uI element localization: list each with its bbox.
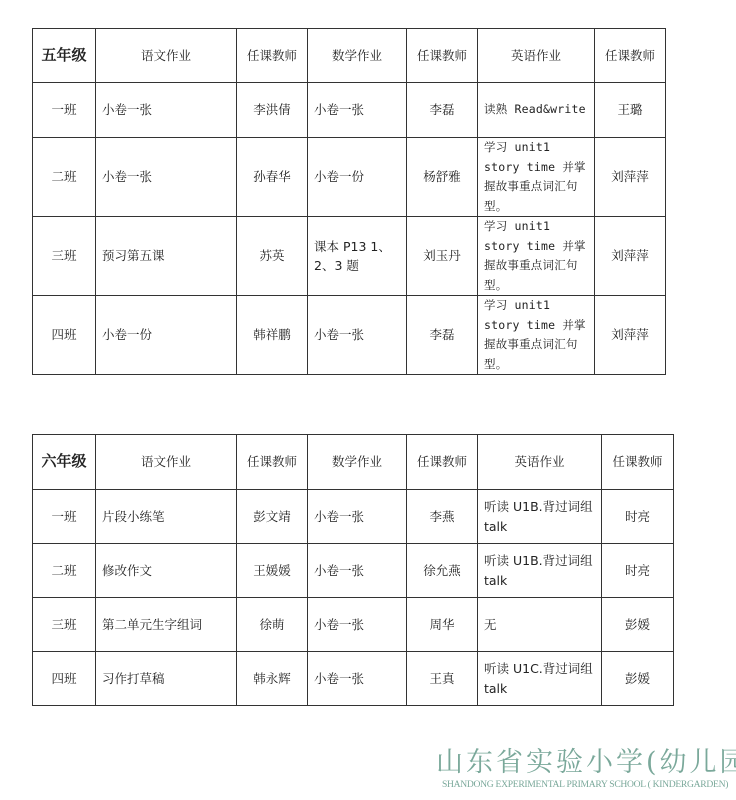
chinese-teacher: 彭文靖 bbox=[237, 490, 308, 544]
english-teacher: 刘萍萍 bbox=[595, 217, 666, 296]
chinese-teacher: 韩祥鹏 bbox=[237, 296, 308, 375]
chinese-homework: 修改作文 bbox=[96, 544, 237, 598]
table-row: 三班 第二单元生字组词 徐萌 小卷一张 周华 无 彭媛 bbox=[33, 598, 674, 652]
header-english-homework: 英语作业 bbox=[478, 29, 595, 83]
english-teacher: 时亮 bbox=[602, 490, 674, 544]
math-teacher: 杨舒雅 bbox=[407, 138, 478, 217]
math-teacher: 刘玉丹 bbox=[407, 217, 478, 296]
class-name: 三班 bbox=[33, 217, 96, 296]
chinese-homework: 小卷一张 bbox=[96, 138, 237, 217]
chinese-teacher: 孙春华 bbox=[237, 138, 308, 217]
grade5-homework-table: 五年级 语文作业 任课教师 数学作业 任课教师 英语作业 任课教师 一班 小卷一… bbox=[32, 28, 666, 375]
chinese-teacher: 李洪倩 bbox=[237, 83, 308, 138]
header-math-homework: 数学作业 bbox=[308, 29, 407, 83]
english-teacher: 彭媛 bbox=[602, 598, 674, 652]
english-homework: 无 bbox=[478, 598, 602, 652]
header-teacher: 任课教师 bbox=[407, 435, 478, 490]
grade-label: 六年级 bbox=[33, 435, 96, 490]
class-name: 四班 bbox=[33, 652, 96, 706]
school-name-chinese: 山东省实验小学(幼儿园) bbox=[436, 747, 732, 779]
math-teacher: 王真 bbox=[407, 652, 478, 706]
math-homework: 小卷一张 bbox=[308, 544, 407, 598]
english-teacher: 刘萍萍 bbox=[595, 138, 666, 217]
header-teacher: 任课教师 bbox=[237, 435, 308, 490]
header-math-homework: 数学作业 bbox=[308, 435, 407, 490]
class-name: 二班 bbox=[33, 544, 96, 598]
table-row: 一班 片段小练笔 彭文靖 小卷一张 李燕 听读 U1B.背过词组 talk 时亮 bbox=[33, 490, 674, 544]
school-logo: 山东省实验小学(幼儿园) SHANDONG EXPERIMENTAL PRIMA… bbox=[436, 747, 732, 791]
math-homework: 小卷一张 bbox=[308, 296, 407, 375]
table-row: 三班 预习第五课 苏英 课本 P13 1、2、3 题 刘玉丹 学习 unit1 … bbox=[33, 217, 666, 296]
class-name: 一班 bbox=[33, 83, 96, 138]
header-teacher: 任课教师 bbox=[407, 29, 478, 83]
table-row: 四班 习作打草稿 韩永辉 小卷一张 王真 听读 U1C.背过词组 talk 彭媛 bbox=[33, 652, 674, 706]
header-chinese-homework: 语文作业 bbox=[96, 435, 237, 490]
chinese-teacher: 苏英 bbox=[237, 217, 308, 296]
header-chinese-homework: 语文作业 bbox=[96, 29, 237, 83]
english-homework: 听读 U1B.背过词组 talk bbox=[478, 490, 602, 544]
english-teacher: 彭媛 bbox=[602, 652, 674, 706]
class-name: 四班 bbox=[33, 296, 96, 375]
chinese-homework: 小卷一份 bbox=[96, 296, 237, 375]
table-row: 二班 修改作文 王媛媛 小卷一张 徐允燕 听读 U1B.背过词组 talk 时亮 bbox=[33, 544, 674, 598]
chinese-teacher: 王媛媛 bbox=[237, 544, 308, 598]
header-english-homework: 英语作业 bbox=[478, 435, 602, 490]
math-homework: 小卷一张 bbox=[308, 490, 407, 544]
math-homework: 小卷一张 bbox=[308, 652, 407, 706]
math-teacher: 李燕 bbox=[407, 490, 478, 544]
english-homework: 听读 U1B.背过词组 talk bbox=[478, 544, 602, 598]
english-teacher: 王璐 bbox=[595, 83, 666, 138]
english-teacher: 刘萍萍 bbox=[595, 296, 666, 375]
chinese-homework: 片段小练笔 bbox=[96, 490, 237, 544]
english-homework: 学习 unit1 story time 并掌握故事重点词汇句型。 bbox=[478, 217, 595, 296]
english-homework: 学习 unit1 story time 并掌握故事重点词汇句型。 bbox=[478, 296, 595, 375]
english-homework: 读熟 Read&write bbox=[478, 83, 595, 138]
table-header-row: 六年级 语文作业 任课教师 数学作业 任课教师 英语作业 任课教师 bbox=[33, 435, 674, 490]
chinese-homework: 习作打草稿 bbox=[96, 652, 237, 706]
chinese-teacher: 韩永辉 bbox=[237, 652, 308, 706]
chinese-homework: 第二单元生字组词 bbox=[96, 598, 237, 652]
grade6-homework-table: 六年级 语文作业 任课教师 数学作业 任课教师 英语作业 任课教师 一班 片段小… bbox=[32, 434, 674, 706]
class-name: 二班 bbox=[33, 138, 96, 217]
table-row: 二班 小卷一张 孙春华 小卷一份 杨舒雅 学习 unit1 story time… bbox=[33, 138, 666, 217]
class-name: 三班 bbox=[33, 598, 96, 652]
table-row: 四班 小卷一份 韩祥鹏 小卷一张 李磊 学习 unit1 story time … bbox=[33, 296, 666, 375]
math-homework: 小卷一张 bbox=[308, 83, 407, 138]
math-teacher: 李磊 bbox=[407, 83, 478, 138]
header-teacher: 任课教师 bbox=[602, 435, 674, 490]
chinese-homework: 预习第五课 bbox=[96, 217, 237, 296]
math-homework: 小卷一份 bbox=[308, 138, 407, 217]
header-teacher: 任课教师 bbox=[237, 29, 308, 83]
chinese-homework: 小卷一张 bbox=[96, 83, 237, 138]
math-teacher: 周华 bbox=[407, 598, 478, 652]
header-teacher: 任课教师 bbox=[595, 29, 666, 83]
english-homework: 听读 U1C.背过词组 talk bbox=[478, 652, 602, 706]
grade-label: 五年级 bbox=[33, 29, 96, 83]
math-teacher: 徐允燕 bbox=[407, 544, 478, 598]
table-row: 一班 小卷一张 李洪倩 小卷一张 李磊 读熟 Read&write 王璐 bbox=[33, 83, 666, 138]
school-name-english: SHANDONG EXPERIMENTAL PRIMARY SCHOOL ( K… bbox=[442, 779, 732, 791]
english-homework: 学习 unit1 story time 并掌握故事重点词汇句型。 bbox=[478, 138, 595, 217]
math-homework: 小卷一张 bbox=[308, 598, 407, 652]
math-homework: 课本 P13 1、2、3 题 bbox=[308, 217, 407, 296]
class-name: 一班 bbox=[33, 490, 96, 544]
table-header-row: 五年级 语文作业 任课教师 数学作业 任课教师 英语作业 任课教师 bbox=[33, 29, 666, 83]
chinese-teacher: 徐萌 bbox=[237, 598, 308, 652]
english-teacher: 时亮 bbox=[602, 544, 674, 598]
math-teacher: 李磊 bbox=[407, 296, 478, 375]
